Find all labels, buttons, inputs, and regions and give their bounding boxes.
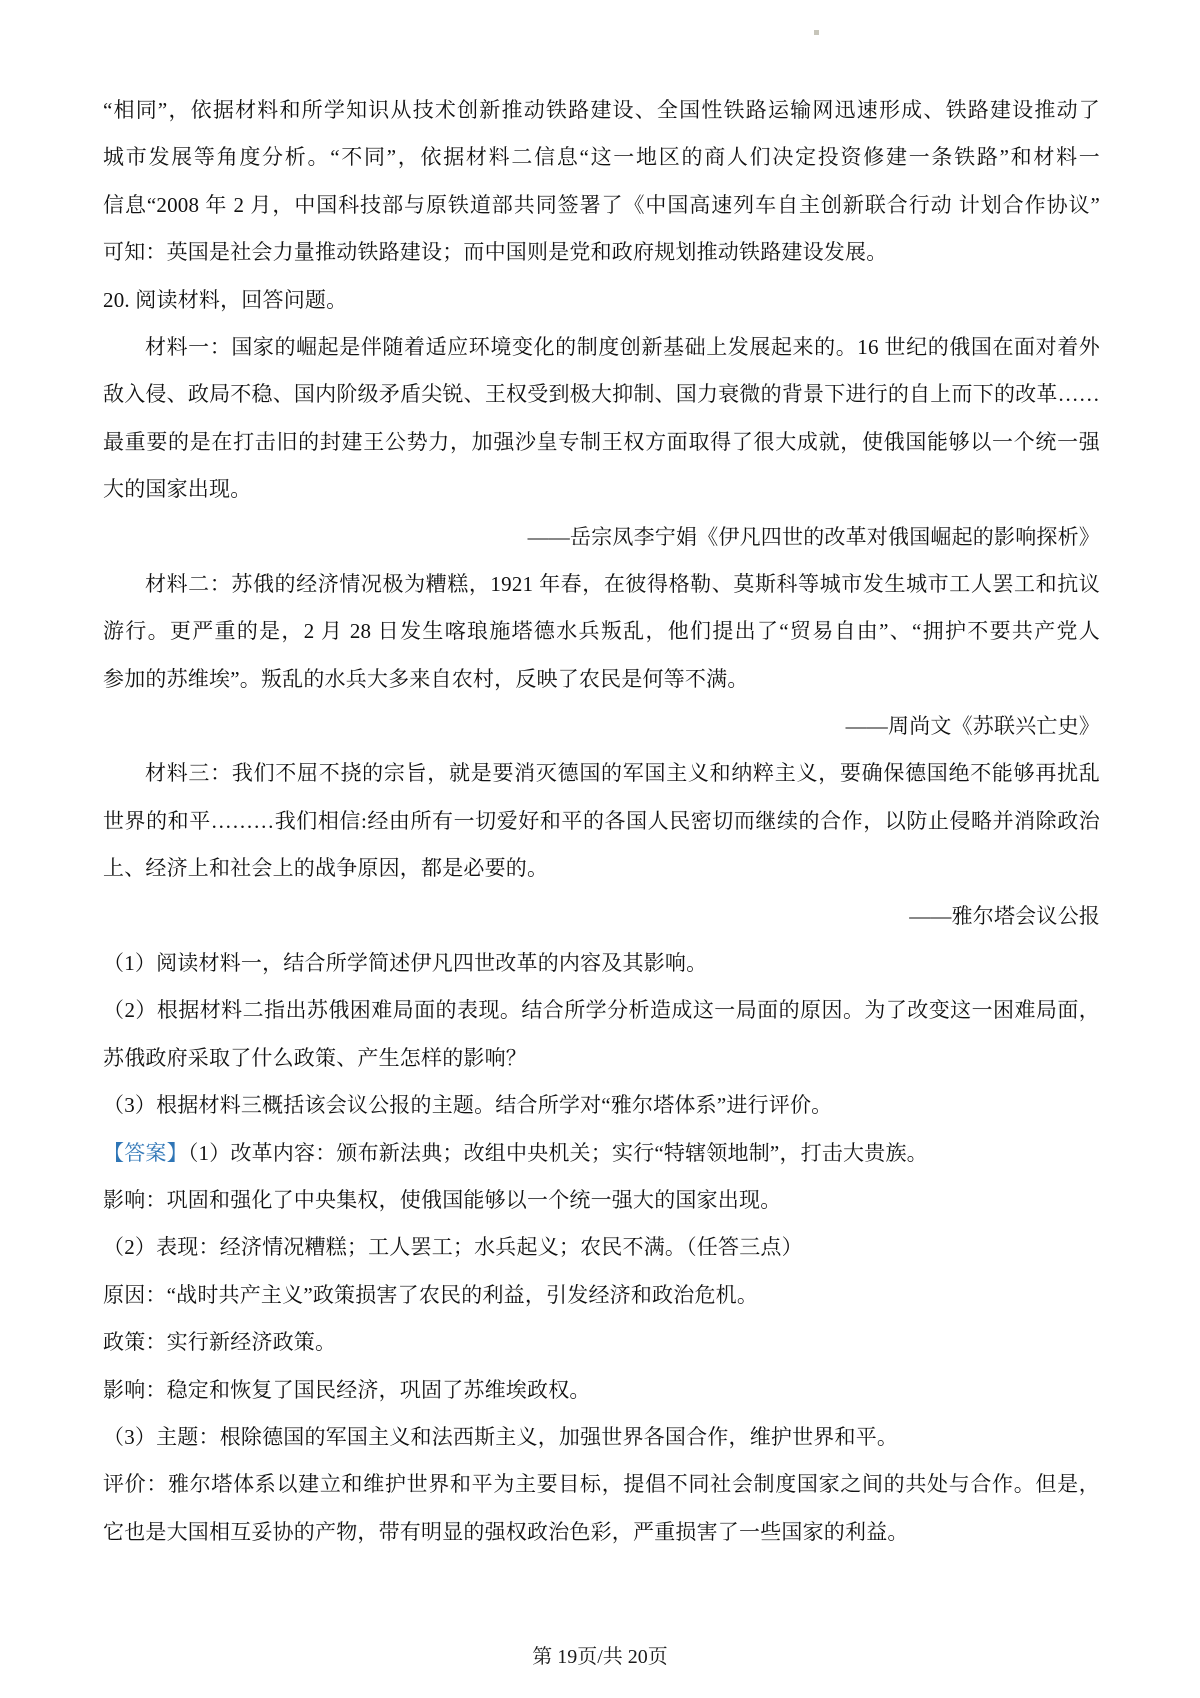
text-line: 影响：巩固和强化了中央集权，使俄国能够以一个统一强大的国家出现。	[103, 1177, 1100, 1224]
scan-artifact-dot	[814, 30, 819, 35]
text-line: 上、经济上和社会上的战争原因，都是必要的。	[103, 845, 1100, 892]
text-line: 政策：实行新经济政策。	[103, 1319, 1100, 1366]
text-line: （3）主题：根除德国的军国主义和法西斯主义，加强世界各国合作，维护世界和平。	[103, 1414, 1100, 1461]
text-line: 敌入侵、政局不稳、国内阶级矛盾尖锐、王权受到极大抑制、国力衰微的背景下进行的自上…	[103, 371, 1100, 418]
text-line: 材料二：苏俄的经济情况极为糟糕，1921 年春，在彼得格勒、莫斯科等城市发生城市…	[103, 561, 1100, 608]
document-body: “相同”，依据材料和所学知识从技术创新推动铁路建设、全国性铁路运输网迅速形成、铁…	[103, 87, 1100, 1556]
text-line: 城市发展等角度分析。“不同”，依据材料二信息“这一地区的商人们决定投资修建一条铁…	[103, 134, 1100, 181]
text-line: 最重要的是在打击旧的封建王公势力，加强沙皇专制王权方面取得了很大成就，使俄国能够…	[103, 419, 1100, 466]
text-line: 游行。更严重的是，2 月 28 日发生喀琅施塔德水兵叛乱，他们提出了“贸易自由”…	[103, 608, 1100, 655]
text-line: 材料三：我们不屈不挠的宗旨，就是要消灭德国的军国主义和纳粹主义，要确保德国绝不能…	[103, 750, 1100, 797]
exam-answer-page: “相同”，依据材料和所学知识从技术创新推动铁路建设、全国性铁路运输网迅速形成、铁…	[0, 0, 1200, 1698]
text-line: 原因：“战时共产主义”政策损害了农民的利益，引发经济和政治危机。	[103, 1272, 1100, 1319]
answer-label: 【答案】	[103, 1141, 188, 1165]
text-line: 大的国家出现。	[103, 466, 1100, 513]
text-line: 评价：雅尔塔体系以建立和维护世界和平为主要目标，提倡不同社会制度国家之间的共处与…	[103, 1461, 1100, 1508]
text-line: （2）表现：经济情况糟糕；工人罢工；水兵起义；农民不满。（任答三点）	[103, 1224, 1100, 1271]
text-line: 可知：英国是社会力量推动铁路建设；而中国则是党和政府规划推动铁路建设发展。	[103, 229, 1100, 276]
text-line: 20. 阅读材料，回答问题。	[103, 277, 1100, 324]
text-line: 它也是大国相互妥协的产物，带有明显的强权政治色彩，严重损害了一些国家的利益。	[103, 1509, 1100, 1556]
text-line: 信息“2008 年 2 月，中国科技部与原铁道部共同签署了《中国高速列车自主创新…	[103, 182, 1100, 229]
text-line: 影响：稳定和恢复了国民经济，巩固了苏维埃政权。	[103, 1367, 1100, 1414]
page-number-footer: 第 19页/共 20页	[0, 1643, 1200, 1671]
text-line: 材料一：国家的崛起是伴随着适应环境变化的制度创新基础上发展起来的。16 世纪的俄…	[103, 324, 1100, 371]
text-line: “相同”，依据材料和所学知识从技术创新推动铁路建设、全国性铁路运输网迅速形成、铁…	[103, 87, 1100, 134]
text-line: 参加的苏维埃”。叛乱的水兵大多来自农村，反映了农民是何等不满。	[103, 656, 1100, 703]
text-line: ——岳宗凤李宁娟《伊凡四世的改革对俄国崛起的影响探析》	[103, 514, 1100, 561]
text-line: 【答案】（1）改革内容：颁布新法典；改组中央机关；实行“特辖领地制”，打击大贵族…	[103, 1130, 1100, 1177]
text-line: ——周尚文《苏联兴亡史》	[103, 703, 1100, 750]
text-line: 世界的和平………我们相信:经由所有一切爱好和平的各国人民密切而继续的合作，以防止…	[103, 798, 1100, 845]
text-line: （1）阅读材料一，结合所学简述伊凡四世改革的内容及其影响。	[103, 940, 1100, 987]
text-line: 苏俄政府采取了什么政策、产生怎样的影响？	[103, 1035, 1100, 1082]
text-line: （2）根据材料二指出苏俄困难局面的表现。结合所学分析造成这一局面的原因。为了改变…	[103, 987, 1100, 1034]
text-line: ——雅尔塔会议公报	[103, 893, 1100, 940]
text-line: （3）根据材料三概括该会议公报的主题。结合所学对“雅尔塔体系”进行评价。	[103, 1082, 1100, 1129]
